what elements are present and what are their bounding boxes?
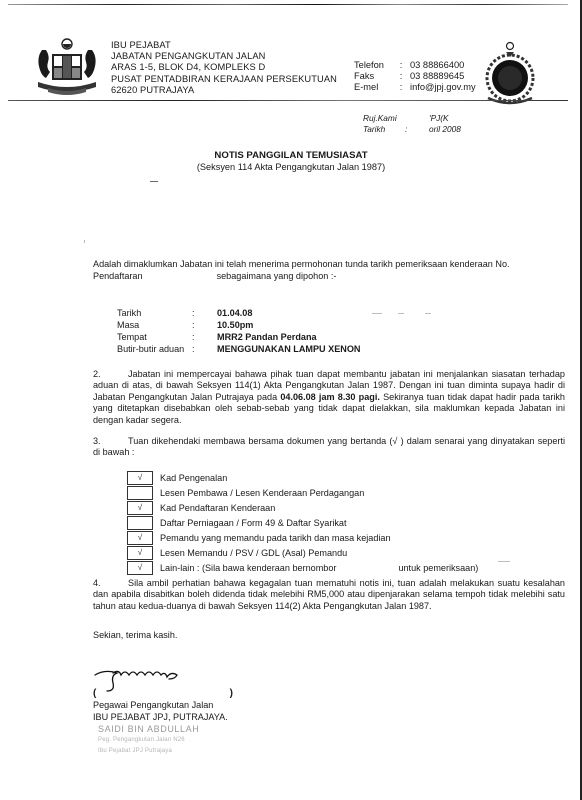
signatory-office: IBU PEJABAT JPJ, PUTRAJAYA. bbox=[93, 712, 228, 724]
reference-block: Ruj.Kami 'PJ(K Tarikh : oril 2008 bbox=[363, 113, 461, 135]
address-line: JABATAN PENGANGKUTAN JALAN bbox=[111, 51, 337, 62]
letterhead-contact: Telefon : 03 88866400 Faks : 03 88889645… bbox=[354, 60, 476, 94]
stamp-name: SAIDI BIN ABDULLAH bbox=[98, 724, 199, 735]
checklist-label: Lain-lain : (Sila bawa kenderaan bernomb… bbox=[160, 563, 336, 573]
contact-value: 03 88866400 bbox=[410, 60, 476, 71]
paragraph-text: Tuan dikehendaki membawa bersama dokumen… bbox=[93, 436, 565, 457]
checklist-item: Lesen Pembawa / Lesen Kenderaan Perdagan… bbox=[127, 485, 478, 500]
detail-row-time: Masa : 10.50pm bbox=[117, 319, 360, 331]
contact-label: Telefon bbox=[354, 60, 392, 71]
letterhead-address: IBU PEJABAT JABATAN PENGANGKUTAN JALAN A… bbox=[111, 40, 337, 96]
checklist-label: Kad Pendaftaran Kenderaan bbox=[160, 503, 275, 513]
contact-value: info@jpj.gov.my bbox=[410, 82, 476, 93]
scan-speck bbox=[498, 561, 510, 562]
stamp-line: Ibu Pejabat JPJ Putrajaya bbox=[98, 746, 199, 757]
detail-separator: : bbox=[192, 307, 217, 319]
detail-value: MRR2 Pandan Perdana bbox=[217, 331, 360, 343]
reference-label: Ruj.Kami bbox=[363, 113, 405, 124]
contact-phone: Telefon : 03 88866400 bbox=[354, 60, 476, 71]
checklist-label-tail: untuk pemeriksaan) bbox=[398, 563, 478, 573]
checklist-label: Daftar Perniagaan / Form 49 & Daftar Sya… bbox=[160, 518, 347, 528]
checklist-item: √ Kad Pengenalan bbox=[127, 470, 478, 485]
address-line: 62620 PUTRAJAYA bbox=[111, 85, 337, 96]
scan-speck bbox=[398, 313, 404, 314]
paren-open: ( bbox=[93, 688, 96, 699]
contact-email: E-mel : info@jpj.gov.my bbox=[354, 82, 476, 93]
paragraph-3: 3.Tuan dikehendaki membawa bersama dokum… bbox=[93, 436, 565, 459]
registration-label: Pendaftaran bbox=[93, 271, 143, 281]
detail-label: Butir-butir aduan bbox=[117, 343, 192, 355]
address-line: IBU PEJABAT bbox=[111, 40, 337, 51]
checkbox[interactable]: √ bbox=[127, 546, 153, 560]
address-line: ARAS 1-5, BLOK D4, KOMPLEKS D bbox=[111, 62, 337, 73]
checklist-item: √ Lain-lain : (Sila bawa kenderaan berno… bbox=[127, 560, 478, 575]
notice-title: NOTIS PANGGILAN TEMUSIASAT bbox=[0, 150, 582, 161]
intro-line-1: Adalah dimaklumkan Jabatan ini telah men… bbox=[93, 259, 565, 270]
paragraph-number: 3. bbox=[93, 436, 128, 447]
detail-row-date: Tarikh : 01.04.08 bbox=[117, 307, 360, 319]
detail-label: Tempat bbox=[117, 331, 192, 343]
checkbox[interactable]: √ bbox=[127, 501, 153, 515]
reference-spacer bbox=[405, 113, 429, 124]
stamp-line: Peg. Pengangkutan Jalan N26 bbox=[98, 735, 199, 746]
detail-value: MENGGUNAKAN LAMPU XENON bbox=[217, 343, 360, 355]
checkbox[interactable]: √ bbox=[127, 561, 153, 575]
signatory-name-placeholder: ( ) bbox=[93, 688, 233, 699]
document-checklist: √ Kad Pengenalan Lesen Pembawa / Lesen K… bbox=[127, 470, 478, 575]
signatory-title: Pegawai Pengangkutan Jalan bbox=[93, 700, 228, 712]
scan-speck bbox=[84, 240, 85, 243]
intro-line-2: Pendaftaransebagaimana yang dipohon :- bbox=[93, 271, 336, 282]
detail-label: Masa bbox=[117, 319, 192, 331]
incident-details: Tarikh : 01.04.08 Masa : 10.50pm Tempat … bbox=[117, 307, 360, 355]
date-value: oril 2008 bbox=[429, 124, 461, 135]
checklist-item: √ Lesen Memandu / PSV / GDL (Asal) Peman… bbox=[127, 545, 478, 560]
jpj-emblem-icon bbox=[480, 40, 540, 106]
official-stamp: SAIDI BIN ABDULLAH Peg. Pengangkutan Jal… bbox=[98, 724, 199, 757]
checkbox[interactable] bbox=[127, 486, 153, 500]
detail-separator: : bbox=[192, 331, 217, 343]
signatory-block: Pegawai Pengangkutan Jalan IBU PEJABAT J… bbox=[93, 700, 228, 723]
contact-value: 03 88889645 bbox=[410, 71, 476, 82]
checklist-item: √ Kad Pendaftaran Kenderaan bbox=[127, 500, 478, 515]
paragraph-4: 4.Sila ambil perhatian bahawa kegagalan … bbox=[93, 578, 565, 612]
address-line: PUSAT PENTADBIRAN KERAJAAN PERSEKUTUAN bbox=[111, 74, 337, 85]
contact-separator: : bbox=[392, 82, 410, 93]
detail-separator: : bbox=[192, 319, 217, 331]
date-label: Tarikh bbox=[363, 124, 405, 135]
contact-label: E-mel bbox=[354, 82, 392, 93]
detail-label: Tarikh bbox=[117, 307, 192, 319]
detail-separator: : bbox=[192, 343, 217, 355]
notice-subtitle: (Seksyen 114 Akta Pengangkutan Jalan 198… bbox=[0, 162, 582, 172]
checklist-label: Kad Pengenalan bbox=[160, 473, 227, 483]
checkbox[interactable] bbox=[127, 516, 153, 530]
letterhead-divider bbox=[8, 100, 568, 101]
checkbox[interactable]: √ bbox=[127, 531, 153, 545]
checklist-label-group: Lain-lain : (Sila bawa kenderaan bernomb… bbox=[160, 563, 478, 573]
closing-line: Sekian, terima kasih. bbox=[93, 630, 177, 640]
scan-speck bbox=[372, 313, 382, 314]
scan-mark bbox=[150, 181, 158, 182]
contact-fax: Faks : 03 88889645 bbox=[354, 71, 476, 82]
checkbox[interactable]: √ bbox=[127, 471, 153, 485]
paragraph-text: Sila ambil perhatian bahawa kegagalan tu… bbox=[93, 578, 565, 611]
contact-label: Faks bbox=[354, 71, 392, 82]
paragraph-number: 4. bbox=[93, 578, 128, 589]
checklist-label: Lesen Pembawa / Lesen Kenderaan Perdagan… bbox=[160, 488, 364, 498]
detail-row-complaint: Butir-butir aduan : MENGGUNAKAN LAMPU XE… bbox=[117, 343, 360, 355]
reference-value: 'PJ(K bbox=[429, 113, 461, 124]
intro-line-2-tail: sebagaimana yang dipohon :- bbox=[217, 271, 337, 281]
malaysia-coat-of-arms-icon bbox=[34, 36, 100, 98]
date-separator: : bbox=[405, 124, 429, 135]
detail-value: 10.50pm bbox=[217, 319, 360, 331]
checklist-label: Lesen Memandu / PSV / GDL (Asal) Pemandu bbox=[160, 548, 347, 558]
checklist-item: √ Pemandu yang memandu pada tarikh dan m… bbox=[127, 530, 478, 545]
checklist-item: Daftar Perniagaan / Form 49 & Daftar Sya… bbox=[127, 515, 478, 530]
appointment-datetime: 04.06.08 jam 8.30 pagi. bbox=[280, 392, 380, 402]
detail-row-place: Tempat : MRR2 Pandan Perdana bbox=[117, 331, 360, 343]
contact-separator: : bbox=[392, 71, 410, 82]
paragraph-2: 2.Jabatan ini mempercayai bahawa pihak t… bbox=[93, 369, 565, 426]
contact-separator: : bbox=[392, 60, 410, 71]
detail-value: 01.04.08 bbox=[217, 307, 360, 319]
paragraph-number: 2. bbox=[93, 369, 128, 380]
checklist-label: Pemandu yang memandu pada tarikh dan mas… bbox=[160, 533, 391, 543]
scan-speck bbox=[425, 313, 431, 314]
paren-close: ) bbox=[230, 688, 233, 699]
scan-top-edge bbox=[8, 4, 568, 5]
